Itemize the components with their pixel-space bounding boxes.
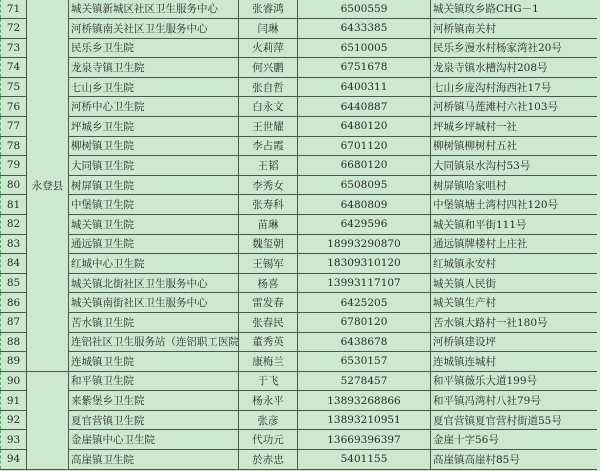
table-row: 79大同镇卫生院王韬6680120大同镇泉水沟村53号 (1, 156, 598, 176)
cell-contact-person[interactable]: 张睿鸿 (239, 0, 298, 19)
cell-institution-name[interactable]: 中堡镇卫生院 (69, 195, 239, 215)
table-row: 81中堡镇卫生院张寿科6480809中堡镇塘土湾村四社120号 (1, 195, 598, 215)
table-row: 88连铝社区卫生服务站（连铝职工医院）董秀英6438678河桥镇建设坪 (1, 332, 598, 352)
cell-institution-name[interactable]: 龙泉寺镇卫生院 (69, 58, 239, 78)
clinic-table: 71永登县城关镇新城区社区卫生服务中心张睿鸿6500559城关镇玫乡路CHG－1… (0, 0, 598, 470)
cell-contact-person[interactable]: 雷发春 (239, 293, 298, 313)
cell-index[interactable]: 89 (1, 352, 27, 372)
cell-index[interactable]: 76 (1, 97, 27, 117)
table-row: 82城关镇卫生院苗琳6429596城关镇和平街111号 (1, 214, 598, 234)
cell-institution-name[interactable]: 高崖镇卫生院 (69, 450, 239, 470)
table-row: 91来紫堡乡卫生院杨永平13893268866和平镇冯湾村八社79号 (1, 391, 598, 411)
cell-address[interactable]: 和平镇薇乐大道199号 (431, 371, 598, 391)
cell-contact-person[interactable]: 王锡军 (239, 254, 298, 274)
cell-address[interactable]: 城关镇和平街111号 (431, 214, 598, 234)
cell-contact-person[interactable]: 张春民 (239, 312, 298, 332)
cell-contact-person[interactable]: 闫琳 (239, 19, 298, 39)
cell-institution-name[interactable]: 通远镇卫生院 (69, 234, 239, 254)
cell-institution-name[interactable]: 民乐乡卫生院 (69, 38, 239, 58)
cell-phone[interactable]: 13669396397 (298, 430, 431, 450)
cell-address[interactable]: 坪城乡坪城村一社 (431, 116, 598, 136)
cell-address[interactable]: 连城镇连城村 (431, 352, 598, 372)
cell-contact-person[interactable]: 於赤忠 (239, 450, 298, 470)
table-row: 73民乐乡卫生院火莉萍6510005民乐乡漫水村杨家湾社20号 (1, 38, 598, 58)
cell-address[interactable]: 苦水镇大路村一社180号 (431, 312, 598, 332)
cell-index[interactable]: 90 (1, 371, 27, 391)
cell-address[interactable]: 树屏镇哈家咀村 (431, 175, 598, 195)
cell-phone[interactable]: 6438678 (298, 332, 431, 352)
cell-index[interactable]: 82 (1, 214, 27, 234)
cell-index[interactable]: 88 (1, 332, 27, 352)
cell-county[interactable] (27, 371, 69, 469)
cell-phone[interactable]: 5401155 (298, 450, 431, 470)
cell-index[interactable]: 79 (1, 156, 27, 176)
table-row: 93金崖镇中心卫生院代功元13669396397金崖十字56号 (1, 430, 598, 450)
cell-index[interactable]: 94 (1, 450, 27, 470)
cell-contact-person[interactable]: 代功元 (239, 430, 298, 450)
cell-contact-person[interactable]: 魏玺朝 (239, 234, 298, 254)
table-row: 77坪城乡卫生院王世耀6480120坪城乡坪城村一社 (1, 116, 598, 136)
cell-index[interactable]: 85 (1, 273, 27, 293)
cell-phone[interactable]: 6680120 (298, 156, 431, 176)
cell-contact-person[interactable]: 李占霞 (239, 136, 298, 156)
cell-index[interactable]: 87 (1, 312, 27, 332)
cell-index[interactable]: 80 (1, 175, 27, 195)
cell-index[interactable]: 84 (1, 254, 27, 274)
table-row: 76河桥中心卫生院白永文6440887河桥镇马莲滩村六社103号 (1, 97, 598, 117)
cell-institution-name[interactable]: 连城镇卫生院 (69, 352, 239, 372)
table-row: 72河桥镇南关社区卫生服务中心闫琳6433385河桥镇南关村 (1, 19, 598, 39)
cell-institution-name[interactable]: 苦水镇卫生院 (69, 312, 239, 332)
table-row: 86城关镇南街社区卫生服务中心雷发春6425205城关镇生产村 (1, 293, 598, 313)
cell-index[interactable]: 93 (1, 430, 27, 450)
cell-phone[interactable]: 6510005 (298, 38, 431, 58)
table-body: 71永登县城关镇新城区社区卫生服务中心张睿鸿6500559城关镇玫乡路CHG－1… (1, 0, 598, 469)
cell-address[interactable]: 龙泉寺镇水槽沟村208号 (431, 58, 598, 78)
cell-address[interactable]: 中堡镇塘土湾村四社120号 (431, 195, 598, 215)
cell-phone[interactable]: 6480120 (298, 116, 431, 136)
cell-phone[interactable]: 6433385 (298, 19, 431, 39)
cell-institution-name[interactable]: 金崖镇中心卫生院 (69, 430, 239, 450)
cell-phone[interactable]: 13893268866 (298, 391, 431, 411)
cell-county[interactable]: 永登县 (27, 0, 69, 371)
cell-address[interactable]: 民乐乡漫水村杨家湾社20号 (431, 38, 598, 58)
cell-index[interactable]: 83 (1, 234, 27, 254)
cell-address[interactable]: 大同镇泉水沟村53号 (431, 156, 598, 176)
table-row: 89连城镇卫生院康梅兰6530157连城镇连城村 (1, 352, 598, 372)
cell-index[interactable]: 71 (1, 0, 27, 19)
table-row: 83通远镇卫生院魏玺朝18993290870通远镇牌楼村上庄社 (1, 234, 598, 254)
cell-contact-person[interactable]: 王世耀 (239, 116, 298, 136)
cell-phone[interactable]: 18309310120 (298, 254, 431, 274)
cell-phone[interactable]: 6780120 (298, 312, 431, 332)
cell-contact-person[interactable]: 王韬 (239, 156, 298, 176)
table-row: 92夏官营镇卫生院张彦13893210951夏官营镇夏官营村街道55号 (1, 410, 598, 430)
cell-index[interactable]: 72 (1, 19, 27, 39)
cell-phone[interactable]: 6508095 (298, 175, 431, 195)
cell-institution-name[interactable]: 城关镇新城区社区卫生服务中心 (69, 0, 239, 19)
cell-address[interactable]: 河桥镇南关村 (431, 19, 598, 39)
cell-contact-person[interactable]: 张自哲 (239, 77, 298, 97)
cell-contact-person[interactable]: 于飞 (239, 371, 298, 391)
cell-address[interactable]: 高崖镇高崖村85号 (431, 450, 598, 470)
cell-institution-name[interactable]: 城关镇北街社区卫生服务中心 (69, 273, 239, 293)
cell-index[interactable]: 91 (1, 391, 27, 411)
cell-phone[interactable]: 6480809 (298, 195, 431, 215)
cell-address[interactable]: 柳树镇柳树村五社 (431, 136, 598, 156)
cell-index[interactable]: 92 (1, 410, 27, 430)
cell-address[interactable]: 通远镇牌楼村上庄社 (431, 234, 598, 254)
table-row: 80树屏镇卫生院李秀女6508095树屏镇哈家咀村 (1, 175, 598, 195)
cell-institution-name[interactable]: 城关镇卫生院 (69, 214, 239, 234)
cell-address[interactable]: 城关镇玫乡路CHG－1 (431, 0, 598, 19)
cell-institution-name[interactable]: 河桥中心卫生院 (69, 97, 239, 117)
table-row: 74龙泉寺镇卫生院何兴鹏6751678龙泉寺镇水槽沟村208号 (1, 58, 598, 78)
cell-address[interactable]: 城关镇生产村 (431, 293, 598, 313)
cell-phone[interactable]: 13893210951 (298, 410, 431, 430)
cell-contact-person[interactable]: 杨永平 (239, 391, 298, 411)
table-row: 90和平镇卫生院于飞5278457和平镇薇乐大道199号 (1, 371, 598, 391)
spreadsheet: 71永登县城关镇新城区社区卫生服务中心张睿鸿6500559城关镇玫乡路CHG－1… (0, 0, 597, 470)
table-row: 85城关镇北街社区卫生服务中心杨喜13993117107城关镇人民街 (1, 273, 598, 293)
cell-phone[interactable]: 5278457 (298, 371, 431, 391)
cell-institution-name[interactable]: 柳树镇卫生院 (69, 136, 239, 156)
table-row: 75七山乡卫生院张自哲6400311七山乡庞沟村海西社17号 (1, 77, 598, 97)
cell-index[interactable]: 81 (1, 195, 27, 215)
table-row: 71永登县城关镇新城区社区卫生服务中心张睿鸿6500559城关镇玫乡路CHG－1 (1, 0, 598, 19)
cell-contact-person[interactable]: 张彦 (239, 410, 298, 430)
cell-phone[interactable]: 6429596 (298, 214, 431, 234)
cell-address[interactable]: 红城镇永安村 (431, 254, 598, 274)
cell-address[interactable]: 金崖十字56号 (431, 430, 598, 450)
cell-institution-name[interactable]: 七山乡卫生院 (69, 77, 239, 97)
cell-phone[interactable]: 6440887 (298, 97, 431, 117)
table-row: 78柳树镇卫生院李占霞6701120柳树镇柳树村五社 (1, 136, 598, 156)
cell-phone[interactable]: 6530157 (298, 352, 431, 372)
table-row: 87苦水镇卫生院张春民6780120苦水镇大路村一社180号 (1, 312, 598, 332)
cell-institution-name[interactable]: 红城中心卫生院 (69, 254, 239, 274)
cell-phone[interactable]: 6701120 (298, 136, 431, 156)
cell-address[interactable]: 夏官营镇夏官营村街道55号 (431, 410, 598, 430)
cell-index[interactable]: 78 (1, 136, 27, 156)
cell-institution-name[interactable]: 来紫堡乡卫生院 (69, 391, 239, 411)
cell-phone[interactable]: 18993290870 (298, 234, 431, 254)
cell-contact-person[interactable]: 苗琳 (239, 214, 298, 234)
cell-institution-name[interactable]: 坪城乡卫生院 (69, 116, 239, 136)
cell-institution-name[interactable]: 河桥镇南关社区卫生服务中心 (69, 19, 239, 39)
cell-institution-name[interactable]: 夏官营镇卫生院 (69, 410, 239, 430)
cell-address[interactable]: 城关镇人民街 (431, 273, 598, 293)
cell-contact-person[interactable]: 李秀女 (239, 175, 298, 195)
cell-phone[interactable]: 13993117107 (298, 273, 431, 293)
cell-index[interactable]: 74 (1, 58, 27, 78)
cell-index[interactable]: 86 (1, 293, 27, 313)
cell-contact-person[interactable]: 杨喜 (239, 273, 298, 293)
cell-contact-person[interactable]: 火莉萍 (239, 38, 298, 58)
cell-institution-name[interactable]: 城关镇南街社区卫生服务中心 (69, 293, 239, 313)
cell-address[interactable]: 七山乡庞沟村海西社17号 (431, 77, 598, 97)
table-row: 94高崖镇卫生院於赤忠5401155高崖镇高崖村85号 (1, 450, 598, 470)
cell-institution-name[interactable]: 连铝社区卫生服务站（连铝职工医院） (69, 332, 239, 352)
cell-index[interactable]: 73 (1, 38, 27, 58)
cell-address[interactable]: 河桥镇马莲滩村六社103号 (431, 97, 598, 117)
cell-index[interactable]: 75 (1, 77, 27, 97)
cell-index[interactable]: 77 (1, 116, 27, 136)
cell-phone[interactable]: 6400311 (298, 77, 431, 97)
cell-phone[interactable]: 6425205 (298, 293, 431, 313)
cell-phone[interactable]: 6751678 (298, 58, 431, 78)
cell-phone[interactable]: 6500559 (298, 0, 431, 19)
cell-address[interactable]: 河桥镇建设坪 (431, 332, 598, 352)
cell-address[interactable]: 和平镇冯湾村八社79号 (431, 391, 598, 411)
cell-institution-name[interactable]: 和平镇卫生院 (69, 371, 239, 391)
cell-institution-name[interactable]: 树屏镇卫生院 (69, 175, 239, 195)
cell-contact-person[interactable]: 张寿科 (239, 195, 298, 215)
cell-contact-person[interactable]: 董秀英 (239, 332, 298, 352)
table-row: 84红城中心卫生院王锡军18309310120红城镇永安村 (1, 254, 598, 274)
cell-institution-name[interactable]: 大同镇卫生院 (69, 156, 239, 176)
cell-contact-person[interactable]: 康梅兰 (239, 352, 298, 372)
cell-contact-person[interactable]: 何兴鹏 (239, 58, 298, 78)
cell-contact-person[interactable]: 白永文 (239, 97, 298, 117)
